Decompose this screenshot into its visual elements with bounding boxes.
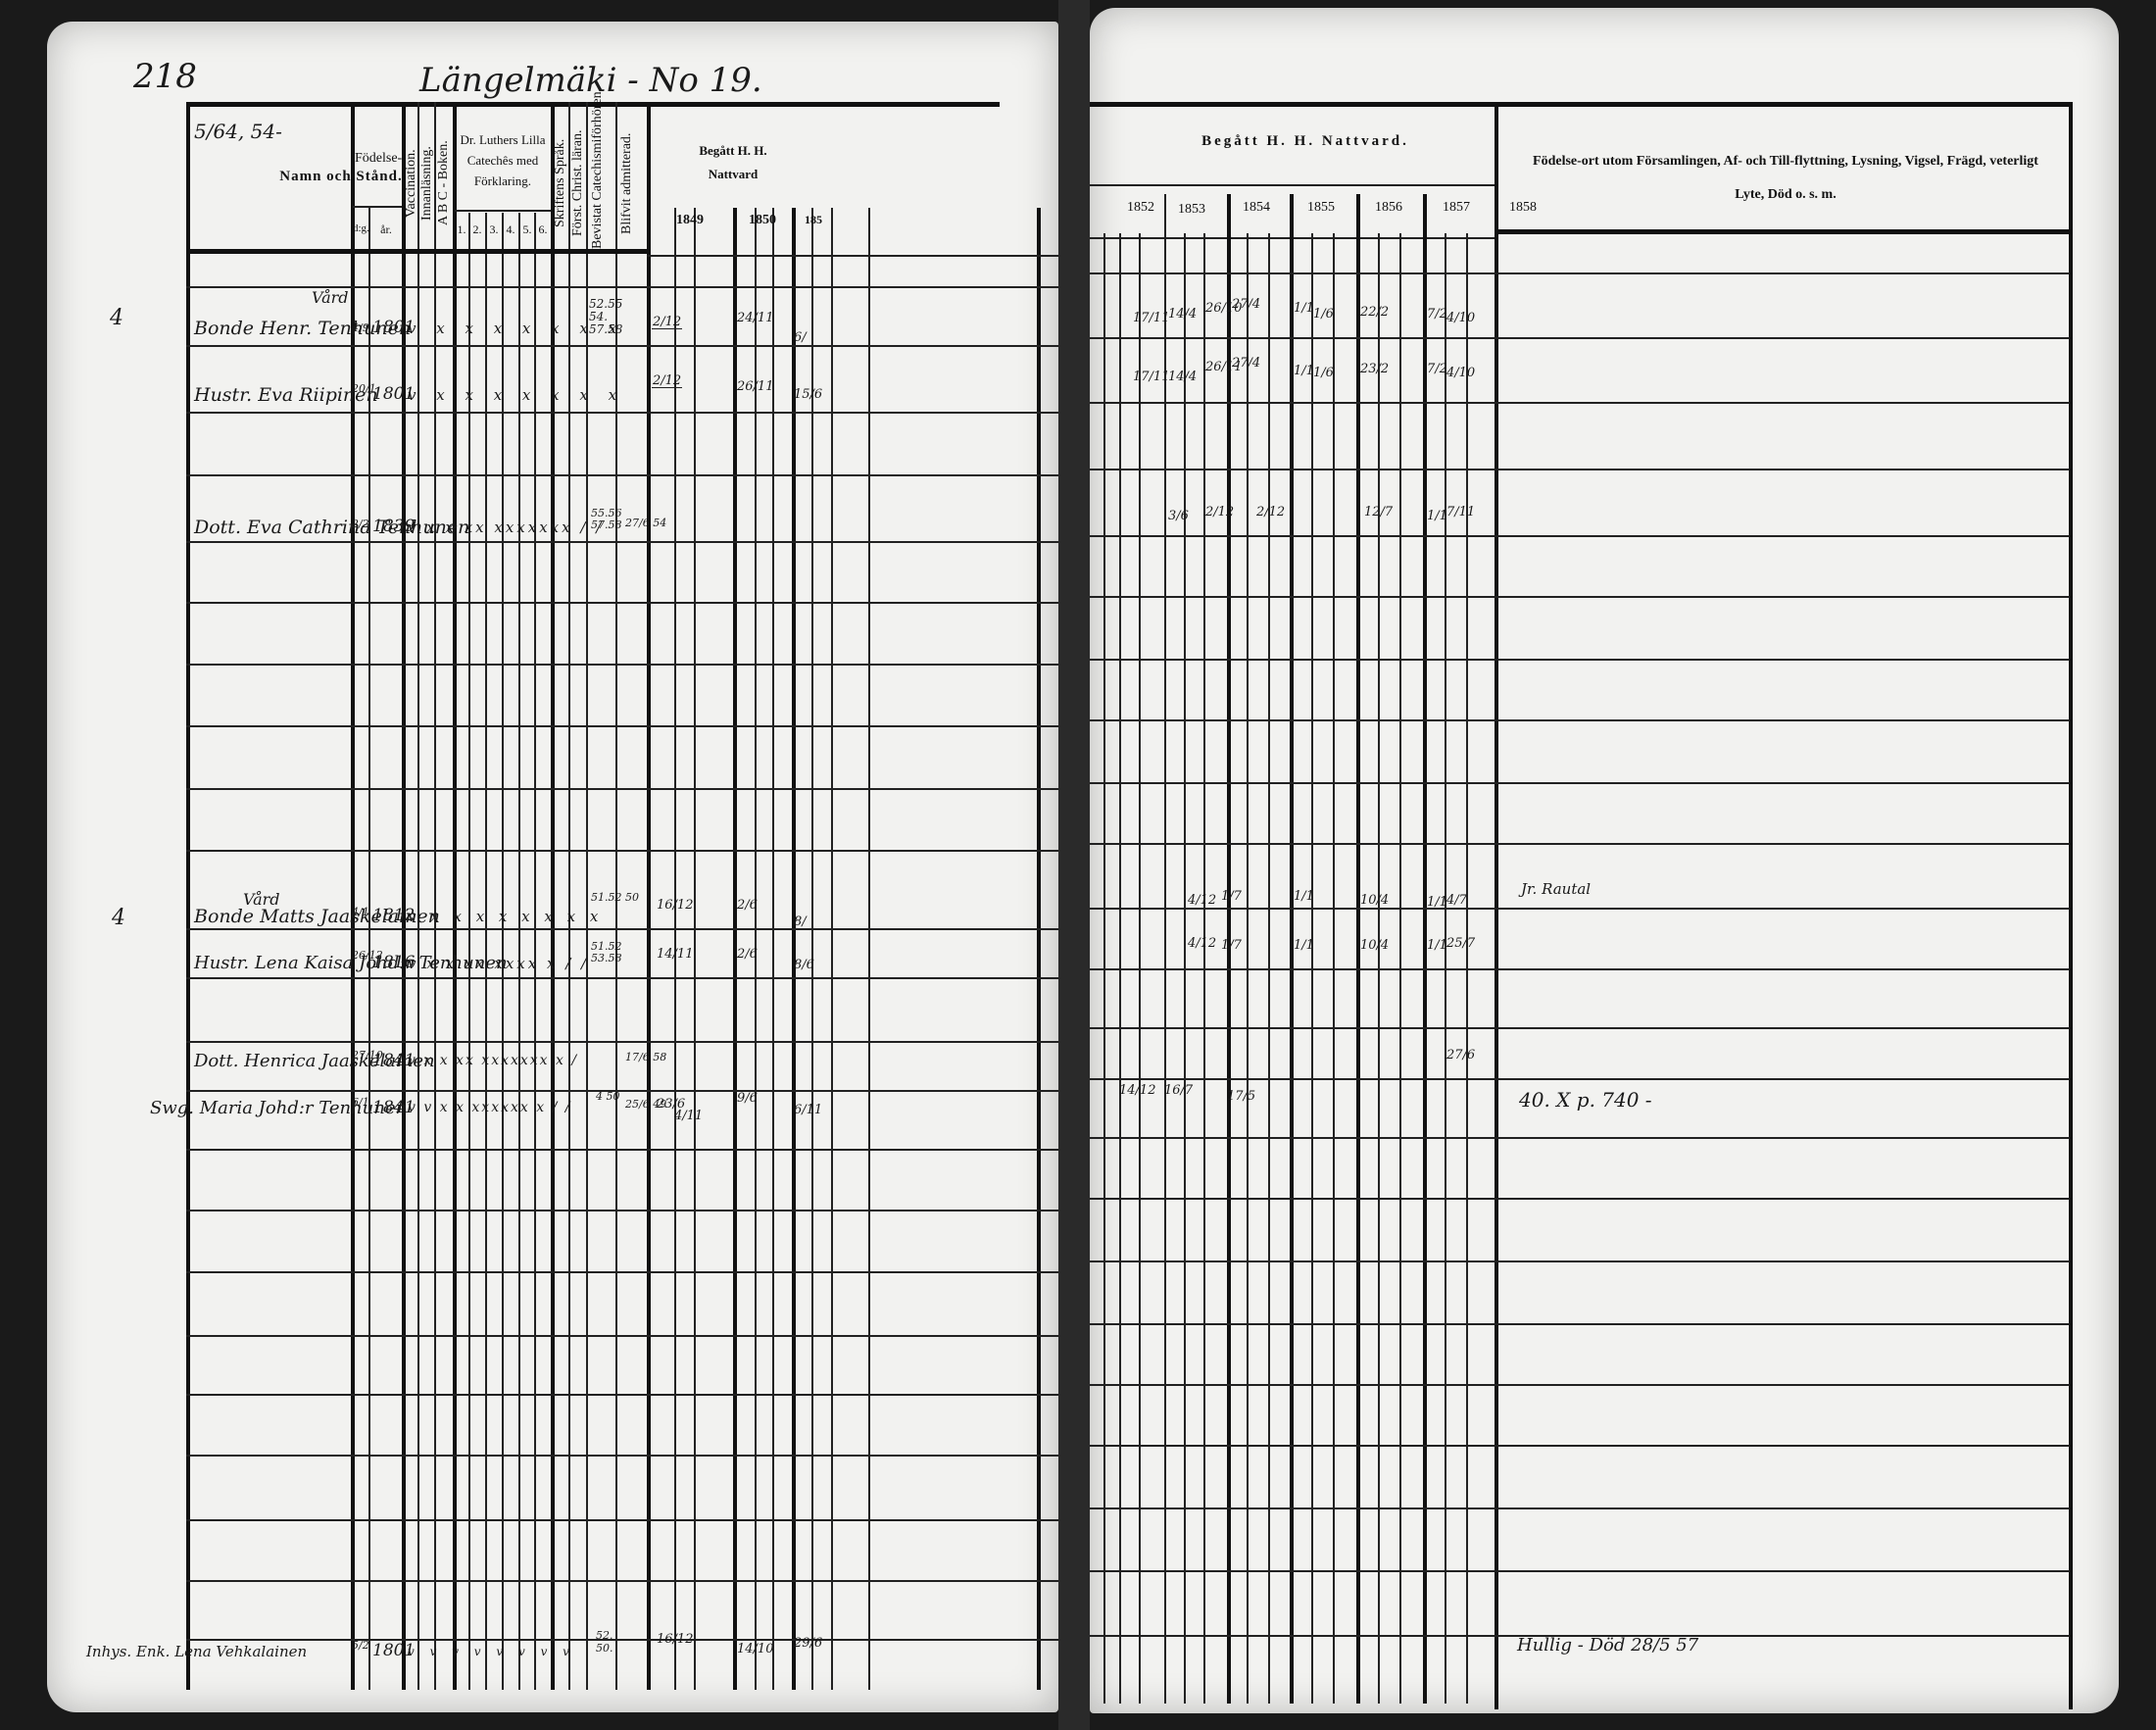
communion-date: 26/11: [737, 380, 773, 393]
bevistat-years: 52. 50.: [596, 1629, 625, 1655]
col-line: [792, 208, 796, 1690]
communion-date: 14/4: [1168, 308, 1197, 321]
col-line: [453, 102, 457, 1690]
col-line: [694, 208, 696, 1690]
col-line: [468, 213, 470, 1690]
col-line: [534, 213, 536, 1690]
communion-date: 15/6: [794, 388, 822, 401]
communion-date: 2/12: [1256, 506, 1285, 519]
header-innanlasning: Innanläsning.: [419, 120, 433, 247]
year-1850: 1850: [733, 213, 792, 228]
right-page: Begått H. H. Nattvard. 1852 1853 1854 18…: [1090, 8, 2119, 1713]
household-number: 4: [112, 906, 125, 930]
row-line: [186, 412, 1058, 414]
header-abc: A B C - Boken.: [436, 120, 450, 247]
year-1853: 1853: [1166, 202, 1217, 218]
communion-date: 2/12: [652, 374, 682, 388]
communion-date: 16/12: [657, 1633, 693, 1646]
communion-date: 17/11: [1133, 371, 1169, 383]
header-catechism: Dr. Luthers Lilla Catechês med Förklarin…: [455, 129, 551, 191]
col-line: [434, 102, 436, 1690]
col-line: [551, 102, 555, 1690]
row-line: [1090, 1445, 2070, 1447]
communion-date: 2/6: [737, 948, 758, 961]
birth-day: 4/1: [352, 906, 369, 918]
row-line: [1090, 535, 2070, 537]
year-1857: 1857: [1425, 200, 1488, 216]
col-line: [518, 213, 520, 1690]
col-line: [586, 102, 588, 1690]
header-bottom: [186, 249, 647, 254]
row-line: [186, 345, 1058, 347]
catechism-col-4: 4.: [504, 222, 517, 237]
communion-date: 27/4: [1232, 298, 1260, 311]
communion-date: 1/1: [1294, 939, 1314, 952]
communion-date: 23/2: [1360, 363, 1389, 375]
col-line: [647, 102, 651, 1690]
remark-text: Jr. Rautal: [1521, 880, 1591, 898]
communion-date: 10/4: [1360, 894, 1389, 907]
communion-date: 1/1: [1294, 890, 1314, 903]
exam-marks: v v x x xxxxxx x / /: [408, 1100, 571, 1115]
communion-date: 2/6: [737, 899, 758, 912]
row-line: [186, 1210, 1058, 1211]
bevistat-years: 4 50: [596, 1090, 620, 1103]
row-line: [186, 1271, 1058, 1273]
header-birth: Födelse-: [355, 151, 400, 167]
communion-date: 17/5: [1227, 1090, 1255, 1103]
header-divider: [1090, 184, 1496, 186]
row-line: [186, 664, 1058, 666]
communion-date: 6/: [794, 331, 807, 344]
left-page: 218 Längelmäki - No 19. 5/64, 54- Namn o…: [47, 22, 1058, 1712]
remarks-top: [1494, 102, 2071, 107]
communion-date: 27/4: [1232, 357, 1260, 370]
communion-date: 7/2: [1427, 363, 1447, 375]
header-bevistat: Bevistat Catechismiförhören.: [592, 112, 613, 249]
col-line: [1037, 208, 1041, 1690]
row-line: [186, 1394, 1058, 1396]
communion-date: 9/6: [737, 1092, 758, 1105]
col-line: [568, 102, 570, 1690]
communion-date: 10/4: [1360, 939, 1389, 952]
row-line: [1090, 843, 2070, 845]
row-line: [1090, 1137, 2070, 1139]
communion-date: 1/1: [1427, 510, 1447, 522]
row-line: [1090, 968, 2070, 970]
header-vaccination: Vaccination.: [404, 120, 417, 247]
birth-day: 4/9: [352, 321, 369, 334]
row-line: [186, 474, 1058, 476]
frame-right: [2069, 102, 2073, 1709]
col-line: [417, 102, 419, 1690]
exam-marks: v x x xx xxxxxxx / /: [408, 519, 604, 536]
communion-date: 1/6: [1313, 308, 1334, 321]
communion-date: 4/12: [1188, 894, 1216, 907]
catechism-col-1: 1.: [455, 222, 468, 237]
row-line: [186, 1455, 1058, 1457]
row-line: [186, 1149, 1058, 1151]
communion-date: 14/12: [1119, 1084, 1155, 1097]
header-bottom: [1494, 229, 2071, 234]
catechism-col-2: 2.: [470, 222, 484, 237]
col-line: [831, 208, 833, 1690]
row-line: [1090, 1384, 2070, 1386]
col-line: [868, 208, 870, 1690]
header-divider: [353, 206, 402, 208]
row-line: [1090, 719, 2070, 721]
communion-date: 1/7: [1221, 890, 1242, 903]
birth-day: 2/2: [352, 518, 369, 530]
row-line: [1090, 1570, 2070, 1572]
row-line: [1090, 469, 2070, 470]
communion-date: 8/6: [794, 959, 814, 971]
communion-date: 1/6: [1313, 367, 1334, 379]
year-1856: 1856: [1358, 200, 1419, 216]
remark-text: Hullig - Död 28/5 57: [1517, 1635, 1698, 1656]
header-birth-year: år.: [370, 222, 402, 237]
row-line: [1090, 1323, 2070, 1325]
remark-text: 40. X p. 740 -: [1519, 1088, 1652, 1112]
header-blifvit: Blifvit admitterad.: [621, 120, 643, 247]
communion-date: 4/12: [1188, 937, 1216, 950]
person-name: Inhys. Enk. Lena Vehkalainen: [86, 1643, 307, 1660]
col-line: [772, 208, 774, 1690]
header-nattvard-right: Begått H. H. Nattvard.: [1129, 133, 1482, 150]
row-line: [186, 541, 1058, 543]
row-line: [186, 1335, 1058, 1337]
row-line: [1090, 1198, 2070, 1200]
year-185x: 185: [794, 213, 833, 227]
communion-date: 4/10: [1446, 367, 1475, 379]
household-number: 4: [110, 306, 123, 330]
col-line: [1494, 102, 1498, 1709]
exam-marks: v x x x x x x x x: [408, 908, 603, 925]
birth-day: 5/2: [352, 1639, 369, 1652]
communion-date: 2/12: [652, 316, 682, 329]
row-line: [186, 788, 1058, 790]
col-line: [402, 102, 406, 1690]
communion-date: 16/7: [1164, 1084, 1193, 1097]
margin-note: 5/64, 54-: [194, 120, 282, 143]
row-line: [1090, 402, 2070, 404]
row-line: [1090, 1260, 2070, 1262]
header-divider: [455, 210, 551, 212]
communion-date: 14/10: [737, 1643, 773, 1656]
catechism-col-3: 3.: [487, 222, 501, 237]
col-line: [1164, 194, 1166, 1704]
year-1852: 1852: [1117, 200, 1164, 216]
communion-date: 22/2: [1360, 306, 1389, 319]
bevistat-years: 51.52 53.58: [591, 941, 640, 964]
bevistat-years: 51.52 50: [591, 892, 640, 904]
header-skrift: Skriftens Språk.: [553, 120, 566, 247]
catechism-col-6: 6.: [536, 222, 550, 237]
communion-date: 3/6: [1168, 510, 1189, 522]
row-line: [1090, 337, 2070, 339]
page-number: 218: [133, 57, 197, 96]
row-line: [186, 602, 1058, 604]
exam-marks: v x x x x x x x: [408, 386, 624, 404]
row-line: [186, 725, 1058, 727]
communion-date: 24/11: [737, 312, 773, 324]
row-line: [1090, 659, 2070, 661]
communion-date: 4/10: [1446, 312, 1475, 324]
row-line: [1090, 1027, 2070, 1029]
communion-date: 7/11: [1446, 506, 1475, 519]
bevistat-years: 52.55 54. 57.58: [589, 298, 638, 336]
admitted-date: 17/6 58: [625, 1051, 666, 1063]
row-line: [186, 1580, 1058, 1582]
communion-date: 4/7: [1446, 894, 1467, 907]
communion-date: 6/11: [794, 1104, 822, 1116]
communion-date: 1/1: [1294, 302, 1314, 315]
communion-date: 1/1: [1427, 896, 1447, 909]
col-line: [502, 213, 504, 1690]
communion-date: 8/: [794, 915, 807, 928]
row-line: [1090, 908, 2070, 910]
exam-marks: v v v v v v v v: [408, 1645, 575, 1658]
header-birth-day: d:g.: [353, 222, 368, 234]
row-line: [186, 977, 1058, 979]
row-line: [186, 1519, 1058, 1521]
header-remarks: Födelse-ort utom Församlingen, Af- och T…: [1521, 145, 2050, 212]
frame-left: [186, 102, 190, 1690]
communion-date: 4/11: [674, 1110, 703, 1122]
communion-date: 16/12: [657, 899, 693, 912]
header-forst: Först. Christ. läran.: [570, 120, 584, 247]
book-gutter: [1058, 0, 1090, 1730]
communion-date: 17/11: [1133, 312, 1169, 324]
row-line: [186, 1041, 1058, 1043]
person-name: Hustr. Eva Riipinen: [194, 384, 378, 406]
frame-top: [1090, 102, 1501, 107]
col-line: [811, 208, 813, 1690]
exam-marks: v x x xx xxxxxxx x /: [408, 1053, 578, 1068]
header-nattvard-left: Begått H. H. Nattvard: [674, 139, 792, 186]
communion-date: 1/1: [1427, 939, 1447, 952]
exam-marks: v x x xx xxxx x / /: [408, 955, 589, 972]
col-line: [485, 213, 487, 1690]
row-line: [1090, 1078, 2070, 1080]
row-line: [1090, 272, 2070, 274]
year-1855: 1855: [1291, 200, 1351, 216]
row-line: [186, 928, 1058, 930]
header-bottom: [647, 255, 1058, 257]
birth-day: 6/1: [352, 1096, 369, 1109]
communion-date: 27/6: [1446, 1049, 1475, 1062]
communion-date: 14/4: [1168, 371, 1197, 383]
communion-date: 25/7: [1446, 937, 1475, 950]
communion-date: 29/6: [794, 1637, 822, 1650]
year-1849: 1849: [651, 213, 729, 228]
row-line: [186, 1090, 1058, 1092]
row-line: [1090, 1508, 2070, 1509]
communion-date: 1/7: [1221, 939, 1242, 952]
row-line: [186, 850, 1058, 852]
communion-date: 2/12: [1205, 506, 1234, 519]
communion-date: 14/11: [657, 948, 693, 961]
household-label: Vård: [312, 288, 349, 307]
communion-date: 12/7: [1364, 506, 1393, 519]
year-1854: 1854: [1229, 200, 1284, 216]
communion-date: 7/2: [1427, 308, 1447, 321]
row-line: [1090, 596, 2070, 598]
communion-date: 1/1: [1294, 365, 1314, 377]
col-line: [351, 102, 355, 1690]
catechism-col-5: 5.: [520, 222, 534, 237]
admitted-date: 27/6 54: [625, 517, 666, 529]
row-line: [1090, 782, 2070, 784]
